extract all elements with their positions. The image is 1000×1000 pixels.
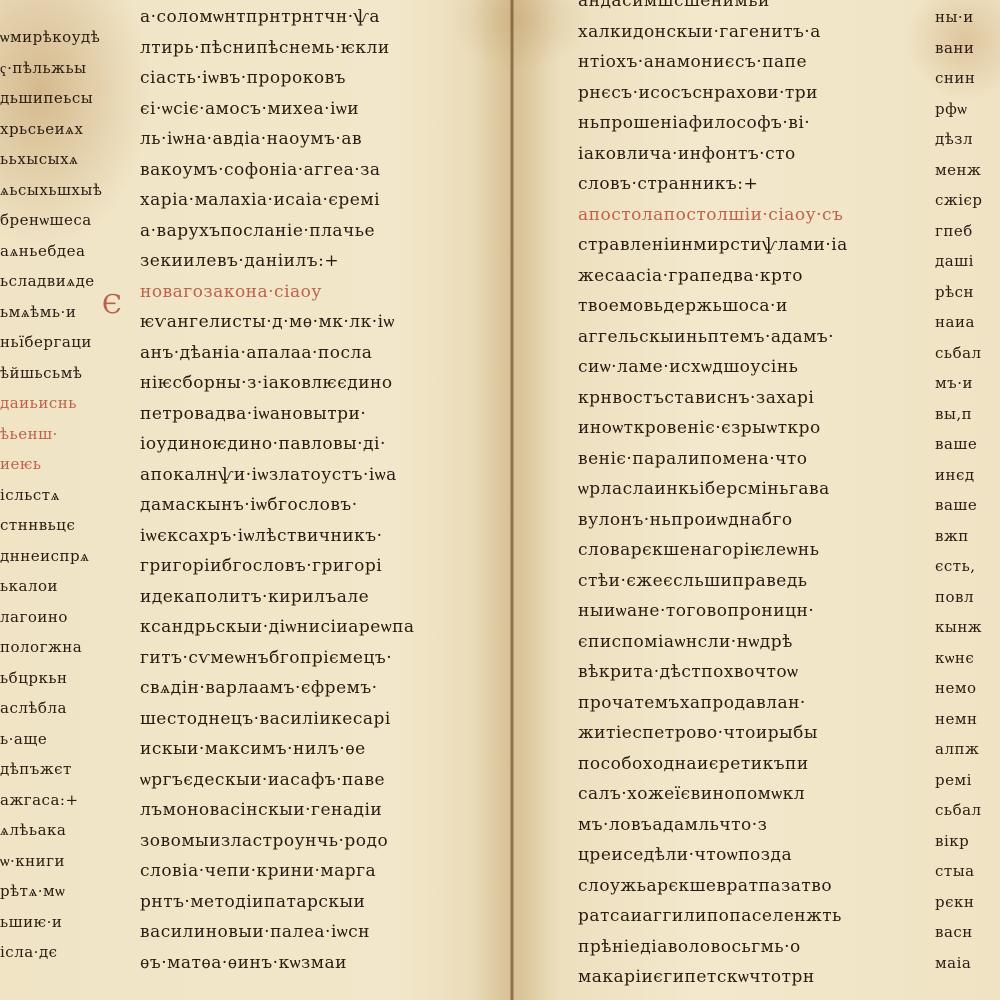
text-line: аѧньебдеа <box>0 236 120 267</box>
text-line: ь·аще <box>0 724 120 755</box>
text-line: стннвьцє <box>0 510 120 541</box>
text-line: іаковлича·инфонтъ·сто <box>578 139 918 170</box>
text-line: вы,п <box>935 399 1000 430</box>
text-line: лъмоновасінскыи·генадіи <box>140 795 470 826</box>
text-line: ѳъ·матѳа·ѳинъ·кѡзмаи <box>140 948 470 979</box>
text-line: словъ·странникъ:+ <box>578 169 918 200</box>
text-line: ныиѡане·тоговопроницн· <box>578 596 918 627</box>
text-line: стравленіинмирстиѱлами·іа <box>578 230 918 261</box>
text-line: ны·и <box>935 2 1000 33</box>
text-line: анъ·дѣаніа·апалаа·посла <box>140 338 470 369</box>
text-line: повл <box>935 582 1000 613</box>
text-line: васн <box>935 917 1000 948</box>
text-line: вѣкрита·дѣстпохвочтоѡ <box>578 657 918 688</box>
text-line: дамаскынъ·іѡбгословъ· <box>140 490 470 521</box>
text-line: ваше <box>935 490 1000 521</box>
text-line: ремі <box>935 765 1000 796</box>
text-line: снин <box>935 63 1000 94</box>
text-line: веніє·паралипомена·что <box>578 444 918 475</box>
text-line: свѧдін·варлаамъ·єфремъ· <box>140 673 470 704</box>
book-gutter <box>510 0 514 1000</box>
rubric-line: даиьиснь <box>0 388 120 419</box>
text-line: цреиседѣли·чтоѡпозда <box>578 840 918 871</box>
text-line: іоудиноѥдино·павловы·ді· <box>140 429 470 460</box>
text-line: ьбцркьн <box>0 663 120 694</box>
text-line: василиновыи·палеа·іѡсн <box>140 917 470 948</box>
text-line: вакоумъ·софоніа·аггеа·за <box>140 155 470 186</box>
text-line: сіасть·іѡвъ·пророковъ <box>140 63 470 94</box>
text-line: стѣи·єжеєсльшиправедь <box>578 566 918 597</box>
text-line: алпж <box>935 734 1000 765</box>
text-line: мъ·и <box>935 368 1000 399</box>
text-line: кынж <box>935 612 1000 643</box>
text-line: рєкн <box>935 887 1000 918</box>
text-line: иноѡткровеніє·єзрыѡткро <box>578 413 918 444</box>
text-line: ѡмирѣкоудѣ <box>0 22 120 53</box>
rubric-line: иеѥь <box>0 449 120 480</box>
text-line: гитъ·сѵмеѡнъбгопріємецъ· <box>140 643 470 674</box>
text-line: бренѡшеса <box>0 205 120 236</box>
gutter-shadow <box>470 0 560 1000</box>
text-line: зекиилевъ·даніилъ:+ <box>140 246 470 277</box>
text-line: рѣтѧ·мѡ <box>0 876 120 907</box>
text-line: сьбал <box>935 338 1000 369</box>
text-line: ььхысыхѧ <box>0 144 120 175</box>
text-line: салъ·хожеїєвинопомѡкл <box>578 779 918 810</box>
text-line: даші <box>935 246 1000 277</box>
text-line: рфѡ <box>935 94 1000 125</box>
text-line: ькалои <box>0 571 120 602</box>
text-line: словарєкшенагоріѥлеѡнь <box>578 535 918 566</box>
text-line: кѡнє <box>935 643 1000 674</box>
text-line: немн <box>935 704 1000 735</box>
text-line: дѣзл <box>935 124 1000 155</box>
text-line: твоемовьдержьшоса·и <box>578 291 918 322</box>
text-line: єі·ѡсіє·амосъ·михеа·іѡи <box>140 94 470 125</box>
text-line: єписпоміаѡнсли·нѡдрѣ <box>578 627 918 658</box>
text-line: а·соломѡнтпрнтрнтчн·ѱа <box>140 2 470 33</box>
text-line: халкидонскыи·гагенитъ·а <box>578 17 918 48</box>
text-line: макаріиєгипетскѡчтотрн <box>578 962 918 993</box>
right-page-text: андасимшсшенимьихалкидонскыи·гагенитъ·ан… <box>578 0 918 993</box>
rubric-line: ѣьенш· <box>0 419 120 450</box>
text-line: ѡ·книги <box>0 846 120 877</box>
text-line: стыа <box>935 856 1000 887</box>
text-line: ніѥсборны·з·іаковлѥєдино <box>140 368 470 399</box>
text-line: ҁ·пѣльжьы <box>0 53 120 84</box>
text-line: григоріибгословъ·григорі <box>140 551 470 582</box>
text-line: вани <box>935 33 1000 64</box>
text-line: іѡєксахръ·іѡлѣствичникъ· <box>140 521 470 552</box>
text-line: хрьсьеиѧх <box>0 114 120 145</box>
text-line: ѡргъєдескыи·иасафъ·паве <box>140 765 470 796</box>
text-line: мъ·ловъадамльчто·з <box>578 810 918 841</box>
text-line: крнвостъстависнъ·захарі <box>578 383 918 414</box>
text-line: ісла·дє <box>0 937 120 968</box>
rubric-line: апостолапостолшіи·сіаоу·съ <box>578 200 918 231</box>
text-line: ваше <box>935 429 1000 460</box>
text-line: прѣніедіаволовосьгмь·о <box>578 932 918 963</box>
text-line: искыи·максимъ·нилъ·ѳе <box>140 734 470 765</box>
text-line: ѧлѣьака <box>0 815 120 846</box>
text-line: аслѣбла <box>0 693 120 724</box>
text-line: ѣйшьсьмѣ <box>0 358 120 389</box>
text-line: ісльстѧ <box>0 480 120 511</box>
text-line: наиа <box>935 307 1000 338</box>
text-line: рнтъ·методіипатарскыи <box>140 887 470 918</box>
text-line: жесаасіа·грапедва·крто <box>578 261 918 292</box>
text-line: ьшиѥ·и <box>0 907 120 938</box>
text-line: вікр <box>935 826 1000 857</box>
text-line: инєд <box>935 460 1000 491</box>
text-line: лагоино <box>0 602 120 633</box>
text-line: зовомыизластроунчь·родо <box>140 826 470 857</box>
text-line: шестоднецъ·василіикесарі <box>140 704 470 735</box>
text-line: прочатемъхапродавлан· <box>578 688 918 719</box>
text-line: нтіохъ·анамониєсъ·папе <box>578 47 918 78</box>
text-line: ажгаса:+ <box>0 785 120 816</box>
decorated-initial: Є <box>102 290 122 320</box>
text-line: сьбал <box>935 795 1000 826</box>
text-line: ѧьсыхьшхыѣ <box>0 175 120 206</box>
text-line: єсть, <box>935 551 1000 582</box>
left-page-edge-text: ѡмирѣкоудѣҁ·пѣльжьыдьшипеьсыхрьсьеиѧхььх… <box>0 22 120 968</box>
right-page-edge-text: ны·иваниснинрфѡдѣзлменжсжієргпебдашірѣсн… <box>935 2 1000 978</box>
text-line: гпеб <box>935 216 1000 247</box>
text-line: ль·іѡна·авдіа·наоумъ·ав <box>140 124 470 155</box>
text-line: вулонъ·ньпроиѡднабго <box>578 505 918 536</box>
text-line: аггельскыиньптемъ·адамъ· <box>578 322 918 353</box>
text-line: ксандрьскыи·діѡнисіиареѡпа <box>140 612 470 643</box>
text-line: рнєсъ·исосъснрахови·три <box>578 78 918 109</box>
text-line: менж <box>935 155 1000 186</box>
text-line: словіа·чепи·крини·марга <box>140 856 470 887</box>
text-line: немо <box>935 673 1000 704</box>
text-line: андасимшсшенимьи <box>578 0 918 17</box>
text-line: пологжна <box>0 632 120 663</box>
text-line: петровадва·іѡановытри· <box>140 399 470 430</box>
text-line: слоужьарєкшевратпазатво <box>578 871 918 902</box>
text-line: сиѡ·ламе·исхѡдшоусінь <box>578 352 918 383</box>
text-line: житіеспетрово·чтоирыбы <box>578 718 918 749</box>
text-line: лтирь·пѣснипѣснемь·ѥкли <box>140 33 470 64</box>
text-line: ньїбергаци <box>0 327 120 358</box>
text-line: рѣсн <box>935 277 1000 308</box>
text-line: идекаполитъ·кирилъале <box>140 582 470 613</box>
text-line: а·варухъпосланіе·плачье <box>140 216 470 247</box>
text-line: маіа <box>935 948 1000 979</box>
text-line: апокалнѱи·іѡзлатоустъ·іѡа <box>140 460 470 491</box>
text-line: харіа·малахіа·исаіа·єремі <box>140 185 470 216</box>
text-line: дннеиспрѧ <box>0 541 120 572</box>
text-line: вжп <box>935 521 1000 552</box>
text-line: ньпрошеніафилософъ·ві· <box>578 108 918 139</box>
text-line: ратсаиаггилипопаселенжть <box>578 901 918 932</box>
rubric-line: новагозакона·сіаоу <box>140 277 470 308</box>
manuscript-spread: ѡмирѣкоудѣҁ·пѣльжьыдьшипеьсыхрьсьеиѧхььх… <box>0 0 1000 1000</box>
text-line: сжієр <box>935 185 1000 216</box>
text-line: ѡрласлаинкьіберсміньгава <box>578 474 918 505</box>
text-line: дѣпъжєт <box>0 754 120 785</box>
text-line: пособоходнаиєретикъпи <box>578 749 918 780</box>
text-line: дьшипеьсы <box>0 83 120 114</box>
left-page-text: а·соломѡнтпрнтрнтчн·ѱалтирь·пѣснипѣснемь… <box>140 2 470 978</box>
text-line: ѥѵангелисты·д·мѳ·мк·лк·іѡ <box>140 307 470 338</box>
